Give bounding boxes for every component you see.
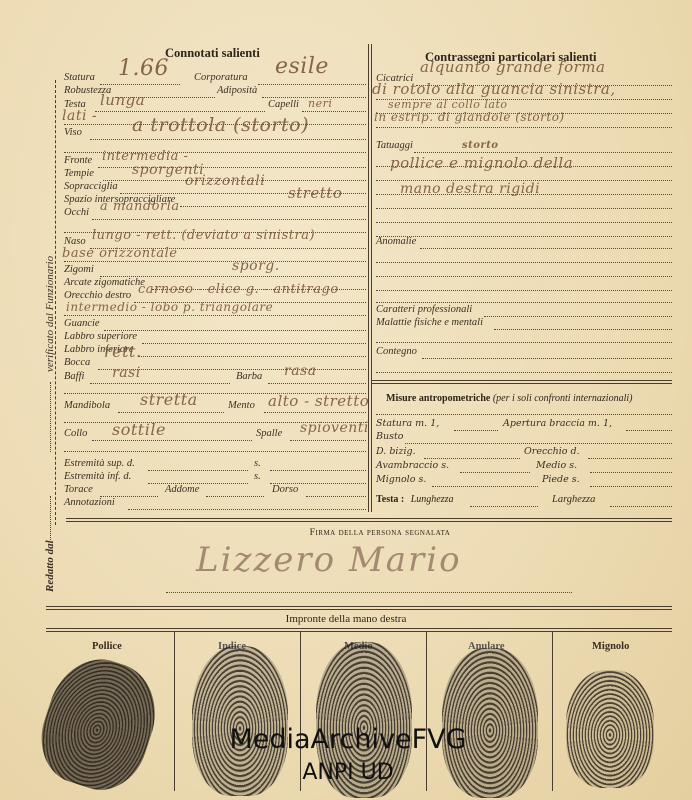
misure-title: Misure antropometriche (386, 393, 490, 404)
watermark-line-1: MediaArchiveFVG (200, 724, 496, 755)
misure-statura: Statura m. 1, (376, 418, 439, 429)
misure-lunghezza: Lunghezza (411, 494, 454, 505)
value-mandibola: stretta (140, 390, 198, 409)
rule-firma-top (66, 518, 672, 522)
connotati-title: Connotati salienti (165, 46, 260, 61)
value-bocca: rett. (104, 342, 142, 361)
misure-subtitle: (per i soli confronti internazionali) (493, 393, 633, 404)
value-viso: a trottola (storto) (132, 114, 309, 136)
misure-avambraccio: Avambraccio s. (376, 460, 449, 471)
label-labbro-sup: Labbro superiore (64, 331, 137, 342)
misure-heading: Misure antropometriche (per i soli confr… (386, 393, 632, 404)
finger-label-pollice: Pollice (92, 641, 122, 652)
label-malattie: Malattie fisiche e mentali (376, 317, 483, 328)
label-capelli: Capelli (268, 99, 299, 110)
fingerprint-mignolo (566, 670, 654, 788)
watermark-line-2: ANPI UD (200, 760, 496, 785)
verificato-label: verificato dal Funzionario (44, 256, 56, 372)
label-guancie: Guancie (64, 318, 100, 329)
label-estr-inf-s: s. (254, 471, 261, 482)
firma-title: Firma della persona segnalata (0, 528, 692, 538)
fingerprint-pollice (29, 647, 169, 800)
label-viso: Viso (64, 127, 82, 138)
value-sopracciglia: orizzontali (185, 173, 265, 189)
label-mandibola: Mandibola (64, 400, 110, 411)
label-arcate: Arcate zigomatiche (64, 277, 145, 288)
value-collo: sottile (112, 420, 166, 439)
label-estr-sup-s: s. (254, 458, 261, 469)
misure-testa-row: Testa : Lunghezza (376, 494, 454, 505)
value-barba: rasa (284, 363, 317, 379)
value-naso: lungo - rett. (deviato a sinistra) (92, 228, 315, 243)
label-fronte: Fronte (64, 155, 92, 166)
cicatrici-line-1: alquanto grande forma (420, 58, 605, 76)
label-mento: Mento (228, 400, 255, 411)
misure-apertura: Apertura braccia m. 1, (503, 418, 612, 429)
value-orecchio-cont: intermedio - lobo p. triangolare (66, 300, 273, 314)
signature: Lizzero Mario (196, 540, 462, 580)
value-occhi: a mandorla (100, 199, 180, 214)
label-estr-inf: Estremità inf. d. (64, 471, 131, 482)
cicatrici-line-4: in estrip. di glandole (storto) (374, 110, 565, 124)
label-sopracciglia: Sopracciglia (64, 181, 118, 192)
value-testa: lunga (100, 91, 145, 109)
label-adiposita: Adiposità (217, 85, 257, 96)
label-bocca: Bocca (64, 357, 90, 368)
misure-medio: Medio s. (536, 460, 577, 471)
value-baffi: rasi (112, 365, 141, 381)
value-orecchio: carnoso - elice g. - antitrago (138, 282, 339, 297)
label-caratteri: Caratteri professionali (376, 304, 472, 315)
cicatrici-line-2: di rotolo alla guancia sinistra, (372, 80, 616, 98)
label-tempie: Tempie (64, 168, 94, 179)
value-zigomi: sporg. (232, 258, 280, 274)
tatuaggi-line-2: pollice e mignolo della (390, 154, 573, 172)
label-collo: Collo (64, 428, 87, 439)
misure-testa: Testa : (376, 494, 404, 505)
label-statura: Statura (64, 72, 95, 83)
misure-orecchio: Orecchio d. (524, 446, 580, 457)
label-occhi: Occhi (64, 207, 89, 218)
misure-busto: Busto (376, 431, 404, 442)
value-testa-cont: lati - (62, 108, 97, 124)
label-tatuaggi: Tatuaggi (376, 140, 413, 151)
tatuaggi-line-3: mano destra rigidi (400, 181, 540, 197)
label-corporatura: Corporatura (194, 72, 248, 83)
misure-piede: Piede s. (542, 474, 580, 485)
center-divider (368, 44, 372, 512)
value-mento: alto - stretto (268, 392, 369, 410)
redatto-label: Redatto dal (44, 540, 56, 592)
label-spalle: Spalle (256, 428, 282, 439)
finger-label-mignolo: Mignolo (592, 641, 629, 652)
rule-firma-bottom (46, 606, 672, 610)
label-anomalie: Anomalie (376, 236, 416, 247)
label-zigomi: Zigomi (64, 264, 94, 275)
impronte-title: Impronte della mano destra (0, 613, 692, 625)
value-naso-cont: base orizzontale (62, 246, 178, 261)
rule-impronte (46, 628, 672, 632)
label-barba: Barba (236, 371, 262, 382)
label-torace: Torace (64, 484, 93, 495)
label-contegno: Contegno (376, 346, 417, 357)
misure-larghezza: Larghezza (552, 494, 595, 505)
rule-misure-top (372, 380, 672, 384)
label-baffi: Baffi (64, 371, 84, 382)
value-statura: 1.66 (118, 56, 169, 81)
label-estr-sup: Estremità sup. d. (64, 458, 135, 469)
value-corporatura: esile (275, 54, 329, 79)
value-spalle: spioventi (300, 420, 369, 436)
label-dorso: Dorso (272, 484, 298, 495)
misure-mignolo: Mignolo s. (376, 474, 426, 485)
label-annotazioni: Annotazioni (64, 497, 115, 508)
tatuaggi-line-1: storto (462, 140, 498, 151)
value-capelli: neri (308, 97, 332, 110)
value-spazio: stretto (288, 184, 342, 202)
misure-dbizig: D. bizig. (376, 446, 416, 457)
label-addome: Addome (165, 484, 199, 495)
